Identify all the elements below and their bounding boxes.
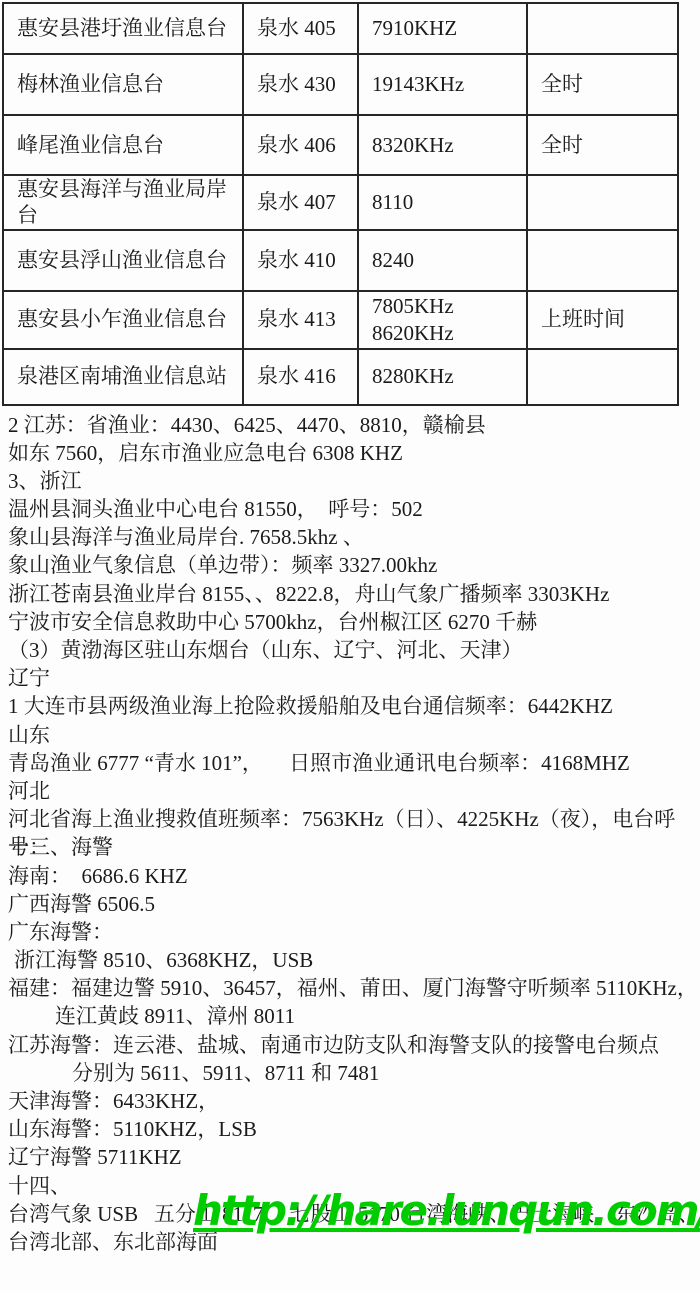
callsign-cell: 泉水 430 (243, 54, 358, 115)
text-line: 宁波市安全信息救助中心 5700khz，台州椒江区 6270 千赫 (8, 608, 700, 636)
text-line: 象山县海洋与渔业局岸台. 7658.5khz 、 (8, 523, 700, 551)
frequency-cell: 8320KHz (358, 115, 527, 175)
frequency-cell: 8280KHz (358, 349, 527, 405)
table-row: 惠安县港圩渔业信息台 泉水 405 7910KHZ (3, 3, 678, 54)
text-line: 十三、海警 (8, 833, 700, 861)
frequency-cell: 7805KHz 8620KHz (358, 291, 527, 349)
text-line: 青岛渔业 6777 “青水 101”， 日照市渔业通讯电台频率：4168MHZ (8, 749, 700, 777)
station-name-cell: 惠安县浮山渔业信息台 (3, 230, 243, 291)
callsign-cell: 泉水 416 (243, 349, 358, 405)
text-line: 山东海警：5110KHZ，LSB (8, 1115, 700, 1143)
text-line: 分别为 5611、5911、8711 和 7481 (8, 1059, 700, 1087)
schedule-cell (527, 175, 678, 230)
text-line: 1 大连市县两级渔业海上抢险救援船舶及电台通信频率：6442KHZ (8, 692, 700, 720)
text-line: 广东海警： (8, 918, 700, 946)
text-line: 浙江海警 8510、6368KHZ，USB (8, 946, 700, 974)
frequency-cell: 19143KHz (358, 54, 527, 115)
schedule-cell: 全时 (527, 115, 678, 175)
callsign-cell: 泉水 406 (243, 115, 358, 175)
text-line: 2 江苏：省渔业：4430、6425、4470、8810，赣榆县 (8, 411, 700, 439)
text-line: 温州县洞头渔业中心电台 81550， 呼号：502 (8, 495, 700, 523)
schedule-cell (527, 230, 678, 291)
text-line: 象山渔业气象信息（单边带）：频率 3327.00khz (8, 551, 700, 579)
text-line: 天津海警：6433KHZ， (8, 1087, 700, 1115)
station-name-cell: 泉港区南埔渔业信息站 (3, 349, 243, 405)
schedule-cell: 全时 (527, 54, 678, 115)
schedule-cell: 上班时间 (527, 291, 678, 349)
frequency-cell: 8110 (358, 175, 527, 230)
table-row: 峰尾渔业信息台 泉水 406 8320KHz 全时 (3, 115, 678, 175)
table-row: 梅林渔业信息台 泉水 430 19143KHz 全时 (3, 54, 678, 115)
frequency-notes-text: 2 江苏：省渔业：4430、6425、4470、8810，赣榆县 如东 7560… (8, 411, 700, 1257)
schedule-cell (527, 349, 678, 405)
text-line: 如东 7560，启东市渔业应急电台 6308 KHZ (8, 439, 700, 467)
station-name-cell: 惠安县海洋与渔业局岸台 (3, 175, 243, 230)
frequency-cell: 7910KHZ (358, 3, 527, 54)
frequency-cell: 8240 (358, 230, 527, 291)
watermark-url: http://hare.lunqun.com/ (193, 1186, 700, 1235)
callsign-cell: 泉水 407 (243, 175, 358, 230)
text-line: 连江黄歧 8911、漳州 8011 (8, 1002, 700, 1030)
text-line: 海南： 6686.6 KHZ (8, 862, 700, 890)
table-row: 惠安县浮山渔业信息台 泉水 410 8240 (3, 230, 678, 291)
text-line: 山东 (8, 721, 700, 749)
table-row: 惠安县海洋与渔业局岸台 泉水 407 8110 (3, 175, 678, 230)
text-line: 广西海警 6506.5 (8, 890, 700, 918)
table-row: 惠安县小乍渔业信息台 泉水 413 7805KHz 8620KHz 上班时间 (3, 291, 678, 349)
text-line: 辽宁 (8, 664, 700, 692)
callsign-cell: 泉水 405 (243, 3, 358, 54)
text-line: 福建：福建边警 5910、36457，福州、莆田、厦门海警守听频率 5110KH… (8, 974, 700, 1002)
station-name-cell: 惠安县小乍渔业信息台 (3, 291, 243, 349)
text-line: 河北 (8, 777, 700, 805)
station-name-cell: 梅林渔业信息台 (3, 54, 243, 115)
schedule-cell (527, 3, 678, 54)
text-line: （3）黄渤海区驻山东烟台（山东、辽宁、河北、天津） (8, 636, 700, 664)
text-line: 浙江苍南县渔业岸台 8155、、8222.8，舟山气象广播频率 3303KHz (8, 580, 700, 608)
callsign-cell: 泉水 410 (243, 230, 358, 291)
text-line: 辽宁海警 5711KHZ (8, 1143, 700, 1171)
callsign-cell: 泉水 413 (243, 291, 358, 349)
table-row: 泉港区南埔渔业信息站 泉水 416 8280KHz (3, 349, 678, 405)
station-name-cell: 峰尾渔业信息台 (3, 115, 243, 175)
text-line: 3、浙江 (8, 467, 700, 495)
text-line: 河北省海上渔业搜救值班频率：7563KHz（日）、4225KHz（夜），电台呼号… (8, 805, 700, 833)
text-line: 江苏海警：连云港、盐城、南通市边防支队和海警支队的接警电台频点 (8, 1031, 700, 1059)
station-name-cell: 惠安县港圩渔业信息台 (3, 3, 243, 54)
fishery-station-table: 惠安县港圩渔业信息台 泉水 405 7910KHZ 梅林渔业信息台 泉水 430… (2, 2, 679, 406)
